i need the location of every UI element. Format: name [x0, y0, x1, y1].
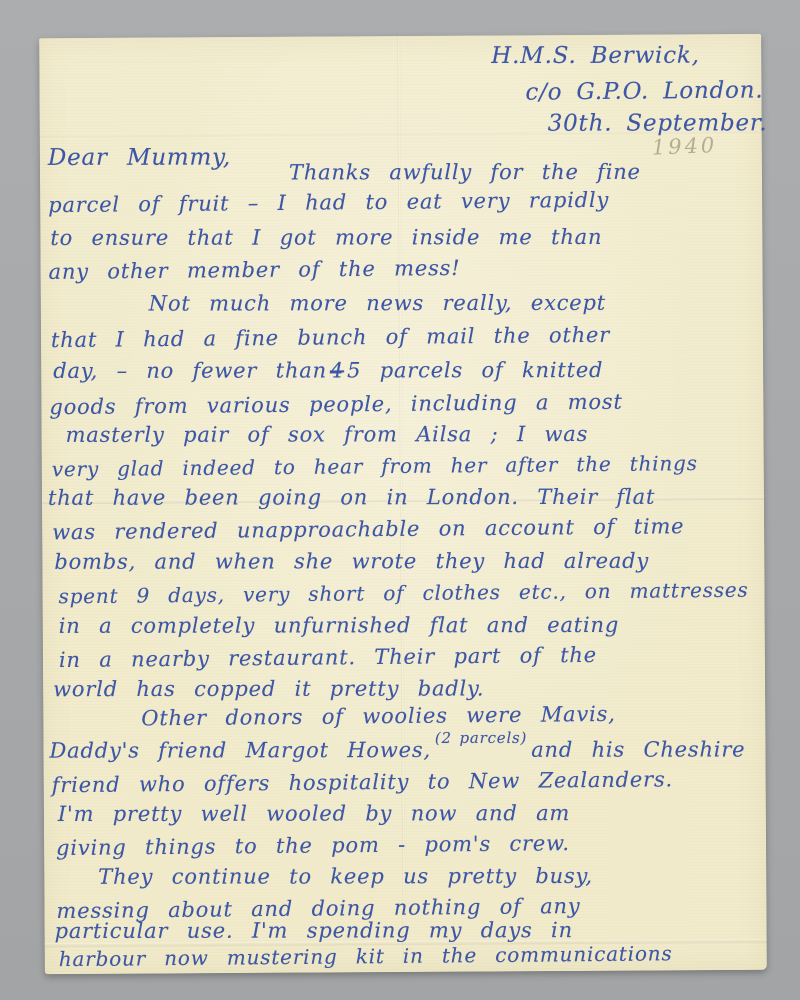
letter-line-text: that have been going on in London. Their…	[48, 485, 655, 510]
letter-line-text: I'm pretty well wooled by now and am	[58, 801, 570, 826]
header-ship-text: H.M.S. Berwick,	[491, 43, 700, 69]
letter-line: harbour now mustering kit in the communi…	[59, 941, 673, 971]
letter-line: in a completely unfurnished flat and eat…	[59, 613, 619, 638]
letter-line-text: day, – no fewer than	[53, 358, 327, 382]
letter-line-text: in a completely unfurnished flat and eat…	[59, 613, 619, 638]
letter-line: day, – no fewer than45 parcels of knitte…	[53, 358, 603, 383]
letter-line-text: and his Cheshire	[531, 737, 745, 761]
letter-line-text: that I had a fine bunch of mail the othe…	[51, 323, 610, 352]
letter-line-text: in a nearby restaurant. Their part of th…	[59, 643, 597, 672]
photo-background: H.M.S. Berwick, c/o G.P.O. London. 30th.…	[0, 0, 800, 1000]
letter-line: giving things to the pom - pom's crew.	[56, 831, 570, 860]
letter-line: Dear Mummy,Thanks awfully for the fine	[48, 144, 641, 171]
letter-line: very glad indeed to hear from her after …	[52, 451, 698, 481]
letter-line-text: Thanks awfully for the fine	[289, 160, 641, 185]
letter-line: They continue to keep us pretty busy,	[98, 864, 593, 889]
letter-line-text: harbour now mustering kit in the communi…	[59, 941, 673, 971]
letter-line: Daddy's friend Margot Howes,(2 parcels)a…	[49, 737, 745, 762]
pencil-year-annotation: 1940	[651, 133, 717, 160]
letter-line-text: Not much more news really, except	[149, 291, 606, 316]
header-ship-name: H.M.S. Berwick,	[491, 43, 700, 69]
letter-line-text: goods from various people, including a m…	[49, 390, 623, 420]
letter-line-text: Daddy's friend Margot Howes,	[49, 738, 430, 763]
letter-line: Not much more news really, except	[149, 291, 606, 316]
letter-line-text: world has copped it pretty badly.	[53, 676, 484, 701]
letter-line: particular use. I'm spending my days in	[55, 918, 573, 943]
letter-line-text: bombs, and when she wrote they had alrea…	[54, 549, 649, 574]
header-address: c/o G.P.O. London.	[525, 77, 763, 105]
letter-line-text: spent 9 days, very short of clothes etc.…	[58, 578, 748, 609]
letter-line: spent 9 days, very short of clothes etc.…	[58, 578, 748, 609]
letter-line: that have been going on in London. Their…	[48, 485, 655, 510]
letter-line: I'm pretty well wooled by now and am	[58, 801, 570, 826]
letter-line-text: 5 parcels of knitted	[347, 358, 603, 382]
header-date: 30th. September.	[548, 110, 768, 136]
letter-line: to ensure that I got more inside me than	[50, 225, 602, 250]
letter-line: goods from various people, including a m…	[49, 390, 623, 420]
letter-line: in a nearby restaurant. Their part of th…	[59, 643, 597, 672]
letter-line-text: They continue to keep us pretty busy,	[98, 864, 593, 889]
letter-line-text: friend who offers hospitality to New Zea…	[52, 767, 673, 797]
letter-line-text: any other member of the mess!	[48, 256, 460, 284]
inserted-note: (2 parcels)	[435, 729, 527, 747]
struck-out-text: 4	[327, 358, 347, 382]
letter-line: any other member of the mess!	[48, 256, 460, 284]
letter-line: world has copped it pretty badly.	[53, 676, 484, 701]
letter-line: parcel of fruit – I had to eat very rapi…	[48, 188, 609, 217]
salutation: Dear Mummy,	[48, 145, 231, 171]
letter-line-text: very glad indeed to hear from her after …	[52, 451, 698, 481]
letter-line-text: to ensure that I got more inside me than	[50, 225, 602, 250]
letter-paper: H.M.S. Berwick, c/o G.P.O. London. 30th.…	[39, 34, 767, 974]
letter-line-text: Other donors of woolies were Mavis,	[141, 702, 616, 731]
header-date-text: 30th. September.	[548, 110, 768, 136]
letter-line-text: was rendered unapproachable on account o…	[52, 514, 684, 544]
letter-line: that I had a fine bunch of mail the othe…	[51, 323, 610, 352]
letter-line-text: particular use. I'm spending my days in	[55, 918, 573, 943]
letter-line: masterly pair of sox from Ailsa ; I was	[66, 422, 589, 447]
letter-line: was rendered unapproachable on account o…	[52, 514, 684, 544]
letter-line-text: giving things to the pom - pom's crew.	[56, 831, 570, 860]
letter-line: Other donors of woolies were Mavis,	[141, 702, 616, 731]
letter-line-text: parcel of fruit – I had to eat very rapi…	[48, 188, 609, 217]
letter-line: bombs, and when she wrote they had alrea…	[54, 549, 649, 574]
header-address-text: c/o G.P.O. London.	[525, 77, 763, 105]
letter-line: friend who offers hospitality to New Zea…	[52, 767, 673, 797]
letter-line-text: masterly pair of sox from Ailsa ; I was	[66, 422, 589, 447]
pencil-year-text: 1940	[651, 133, 717, 160]
